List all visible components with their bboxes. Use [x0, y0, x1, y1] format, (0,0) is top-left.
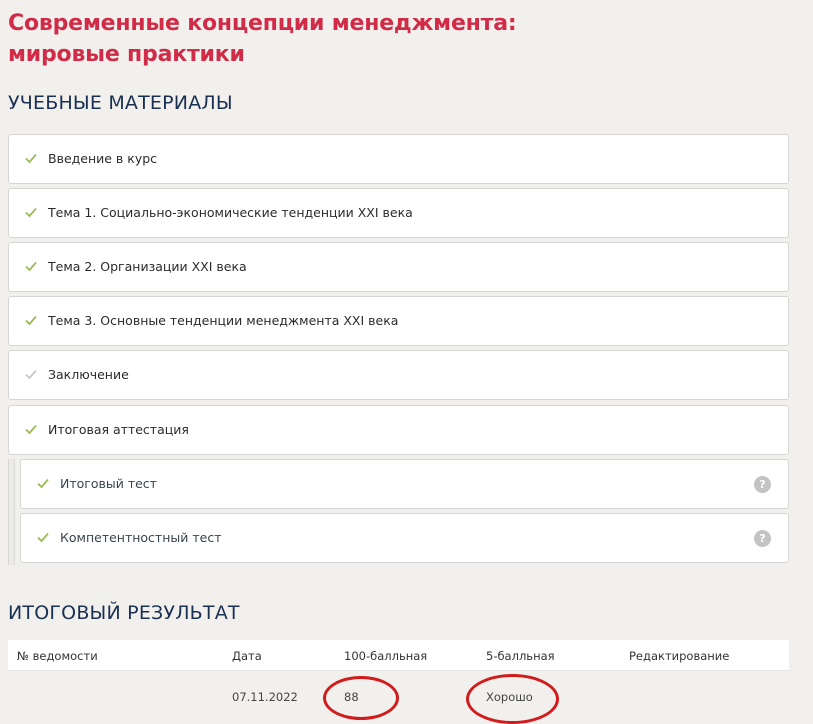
material-item-final-attestation[interactable]: Итоговая аттестация	[8, 405, 789, 455]
sub-item-final-test[interactable]: Итоговый тест ?	[20, 459, 789, 509]
material-item-label: Тема 3. Основные тенденции менеджмента X…	[48, 313, 398, 328]
material-item-label: Заключение	[48, 367, 129, 382]
course-title-line-1: Современные концепции менеджмента:	[8, 8, 568, 39]
check-icon	[24, 422, 38, 436]
materials-heading: УЧЕБНЫЕ МАТЕРИАЛЫ	[8, 92, 233, 114]
sub-items-rail	[8, 459, 15, 565]
material-item-topic-3[interactable]: Тема 3. Основные тенденции менеджмента X…	[8, 296, 789, 346]
check-icon	[36, 530, 50, 544]
highlight-circle-score5	[466, 674, 559, 724]
column-header-edit: Редактирование	[629, 649, 729, 663]
material-item-intro[interactable]: Введение в курс	[8, 134, 789, 184]
cell-date: 07.11.2022	[232, 690, 298, 704]
results-table-header: № ведомости Дата 100-балльная 5-балльная…	[8, 640, 789, 671]
course-title-line-2: мировые практики	[8, 39, 568, 70]
check-icon	[24, 151, 38, 165]
column-header-date: Дата	[232, 649, 262, 663]
material-item-topic-1[interactable]: Тема 1. Социально-экономические тенденци…	[8, 188, 789, 238]
check-icon	[36, 476, 50, 490]
sub-item-competency-test[interactable]: Компетентностный тест ?	[20, 513, 789, 563]
help-icon[interactable]: ?	[754, 476, 771, 493]
check-icon	[24, 259, 38, 273]
help-icon[interactable]: ?	[754, 530, 771, 547]
material-item-label: Тема 1. Социально-экономические тенденци…	[48, 205, 413, 220]
sub-item-label: Итоговый тест	[60, 476, 157, 491]
check-icon	[24, 367, 38, 381]
course-title: Современные концепции менеджмента: миров…	[8, 8, 568, 70]
material-item-label: Тема 2. Организации XXI века	[48, 259, 247, 274]
material-item-label: Итоговая аттестация	[48, 422, 189, 437]
results-heading: ИТОГОВЫЙ РЕЗУЛЬТАТ	[8, 602, 240, 624]
material-item-conclusion[interactable]: Заключение	[8, 350, 789, 400]
material-item-topic-2[interactable]: Тема 2. Организации XXI века	[8, 242, 789, 292]
highlight-circle-score100	[323, 676, 399, 720]
column-header-score5: 5-балльная	[486, 649, 555, 663]
column-header-score100: 100-балльная	[344, 649, 427, 663]
check-icon	[24, 205, 38, 219]
column-header-number: № ведомости	[17, 649, 98, 663]
sub-item-label: Компетентностный тест	[60, 530, 221, 545]
material-item-label: Введение в курс	[48, 151, 157, 166]
check-icon	[24, 313, 38, 327]
